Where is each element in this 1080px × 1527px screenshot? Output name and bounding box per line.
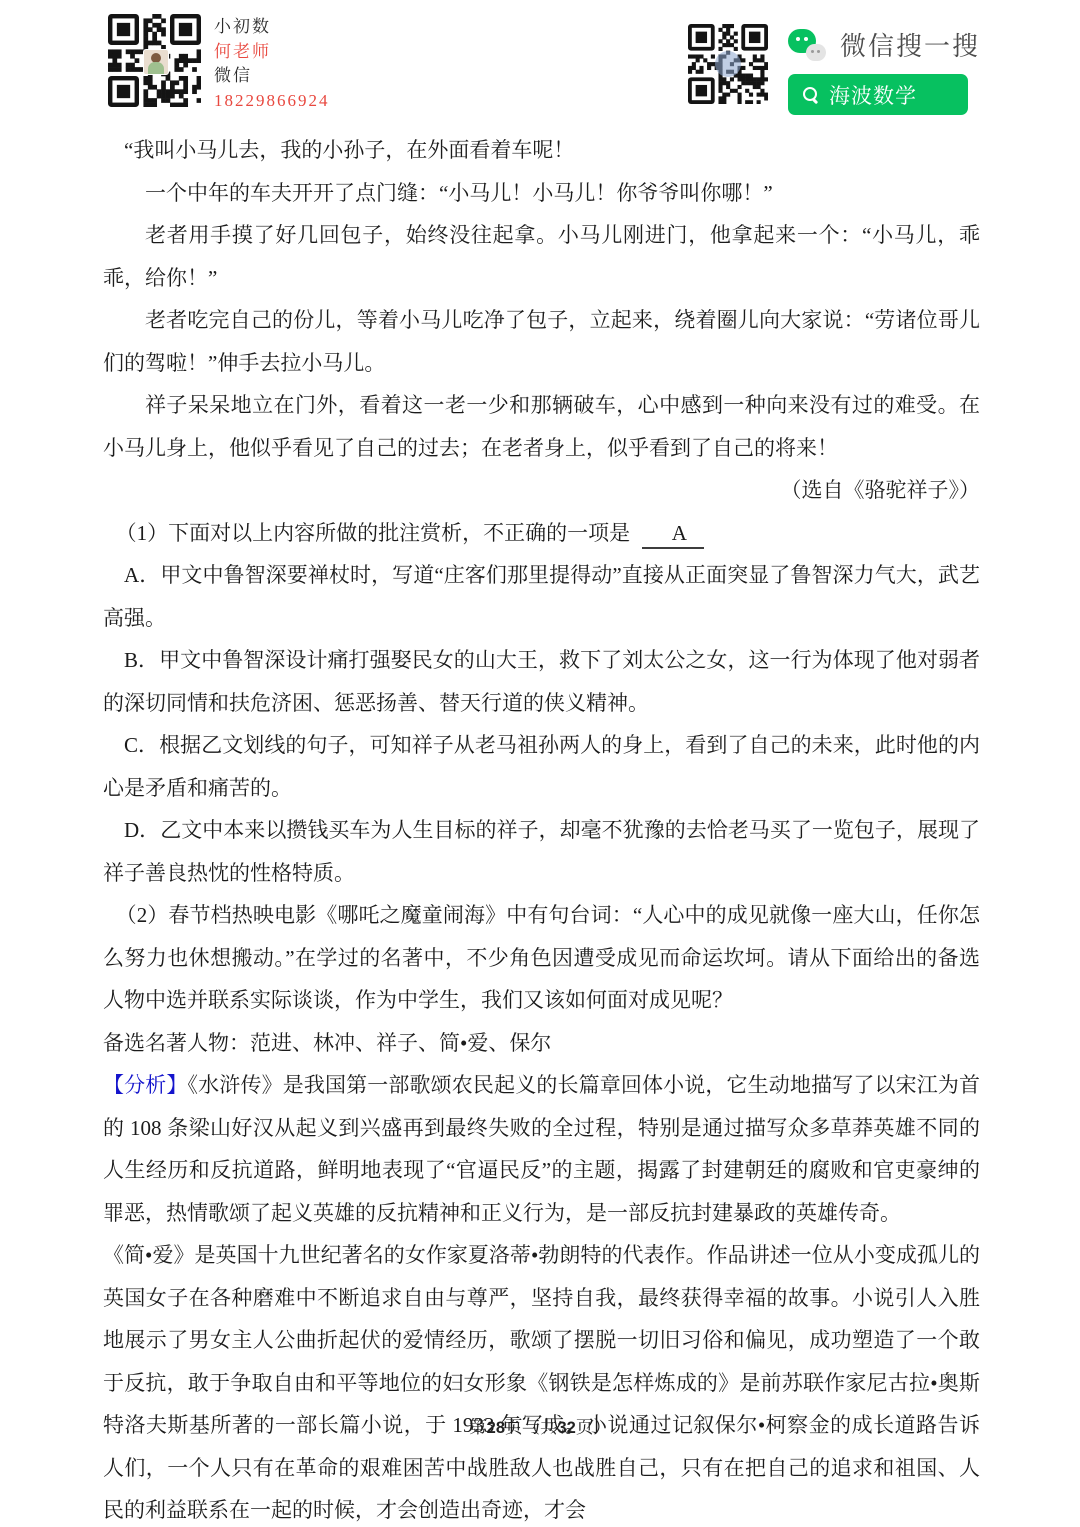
question-1-stem: （1）下面对以上内容所做的批注赏析，不正确的一项是A — [103, 512, 980, 555]
analysis-paragraph: 【分析】《水浒传》是我国第一部歌颂农民起义的长篇章回体小说，它生动地描写了以宋江… — [103, 1064, 980, 1234]
analysis-text: 《水浒传》是我国第一部歌颂农民起义的长篇章回体小说，它生动地描写了以宋江为首的 … — [103, 1073, 980, 1225]
option-text: 乙文中本来以攒钱买车为人生目标的祥子，却毫不犹豫的去恰老马买了一览包子，展现了祥… — [103, 818, 980, 885]
option-text: 甲文中鲁智深设计痛打强娶民女的山大王，救下了刘太公之女，这一行为体现了他对弱者的… — [103, 648, 980, 715]
contact-info: 小初数 何老师 微信 18229866924 — [214, 14, 330, 113]
option-label: D． — [124, 818, 160, 842]
candidate-list: 备选名著人物：范进、林冲、祥子、简•爱、保尔 — [103, 1022, 980, 1065]
page-header: 小初数 何老师 微信 18229866924 微信搜一搜 海波数学 — [108, 14, 980, 115]
option-label: A． — [124, 563, 160, 587]
answer-blank: A — [642, 523, 704, 549]
search-icon — [803, 87, 818, 102]
search-pill: 海波数学 — [788, 74, 968, 115]
passage-paragraph: 一个中年的车夫开开了点门缝：“小马儿！小马儿！你爷爷叫你哪！” — [103, 172, 980, 215]
analysis-paragraph: 《简•爱》是英国十九世纪著名的女作家夏洛蒂•勃朗特的代表作。作品讲述一位从小变成… — [103, 1234, 980, 1527]
analysis-tag: 【分析】 — [103, 1073, 188, 1097]
option-b: B．甲文中鲁智深设计痛打强娶民女的山大王，救下了刘太公之女，这一行为体现了他对弱… — [103, 639, 980, 724]
passage-paragraph: 祥子呆呆地立在门外，看着这一老一少和那辆破车，心中感到一种向来没有过的难受。在小… — [103, 384, 980, 469]
contact-block: 小初数 何老师 微信 18229866924 — [108, 14, 330, 113]
passage-source: （选自《骆驼祥子》） — [103, 469, 980, 512]
contact-qr-code — [108, 14, 201, 107]
option-d: D．乙文中本来以攒钱买车为人生目标的祥子，却毫不犹豫的去恰老马买了一览包子，展现… — [103, 809, 980, 894]
qr-watermark — [715, 51, 741, 77]
search-pill-label: 海波数学 — [829, 80, 917, 110]
total-pages: 32 — [558, 1419, 576, 1437]
document-page: 小初数 何老师 微信 18229866924 微信搜一搜 海波数学 — [0, 0, 1080, 1527]
option-a: A．甲文中鲁智深要禅杖时，写道“庄客们那里提得动”直接从正面突显了鲁智深力气大，… — [103, 554, 980, 639]
option-label: B． — [124, 648, 159, 672]
option-text: 根据乙文划线的句子，可知祥子从老马祖孙两人的身上，看到了自己的未来，此时他的内心… — [103, 733, 980, 800]
document-body: “我叫小马儿去，我的小孙子，在外面看着车呢！ 一个中年的车夫开开了点门缝：“小马… — [103, 129, 980, 1527]
option-text: 甲文中鲁智深要禅杖时，写道“庄客们那里提得动”直接从正面突显了鲁智深力气大，武艺… — [103, 563, 980, 630]
contact-line: 何老师 — [214, 40, 330, 65]
option-label: C． — [124, 733, 159, 757]
avatar — [143, 49, 169, 75]
wechat-icon — [788, 29, 828, 61]
contact-phone: 18229866924 — [214, 89, 330, 114]
passage-paragraph: 老者吃完自己的份儿，等着小马儿吃净了包子，立起来，绕着圈儿向大家说：“劳诸位哥儿… — [103, 299, 980, 384]
passage-paragraph: “我叫小马儿去，我的小孙子，在外面看着车呢！ — [103, 129, 980, 172]
contact-line: 微信 — [214, 64, 330, 89]
current-page: 28 — [487, 1419, 505, 1437]
search-qr-code — [688, 24, 768, 104]
contact-line: 小初数 — [214, 15, 330, 40]
wechat-search-label: 微信搜一搜 — [840, 26, 980, 63]
question-2-stem: （2）春节档热映电影《哪吒之魔童闹海》中有句台词：“人心中的成见就像一座大山，任… — [103, 894, 980, 1022]
page-number: 第28页（共32页） — [0, 1414, 1080, 1439]
passage-paragraph: 老者用手摸了好几回包子，始终没往起拿。小马儿刚进门，他拿起来一个：“小马儿，乖乖… — [103, 214, 980, 299]
wechat-search-block: 微信搜一搜 海波数学 — [688, 14, 980, 115]
option-c: C．根据乙文划线的句子，可知祥子从老马祖孙两人的身上，看到了自己的未来，此时他的… — [103, 724, 980, 809]
